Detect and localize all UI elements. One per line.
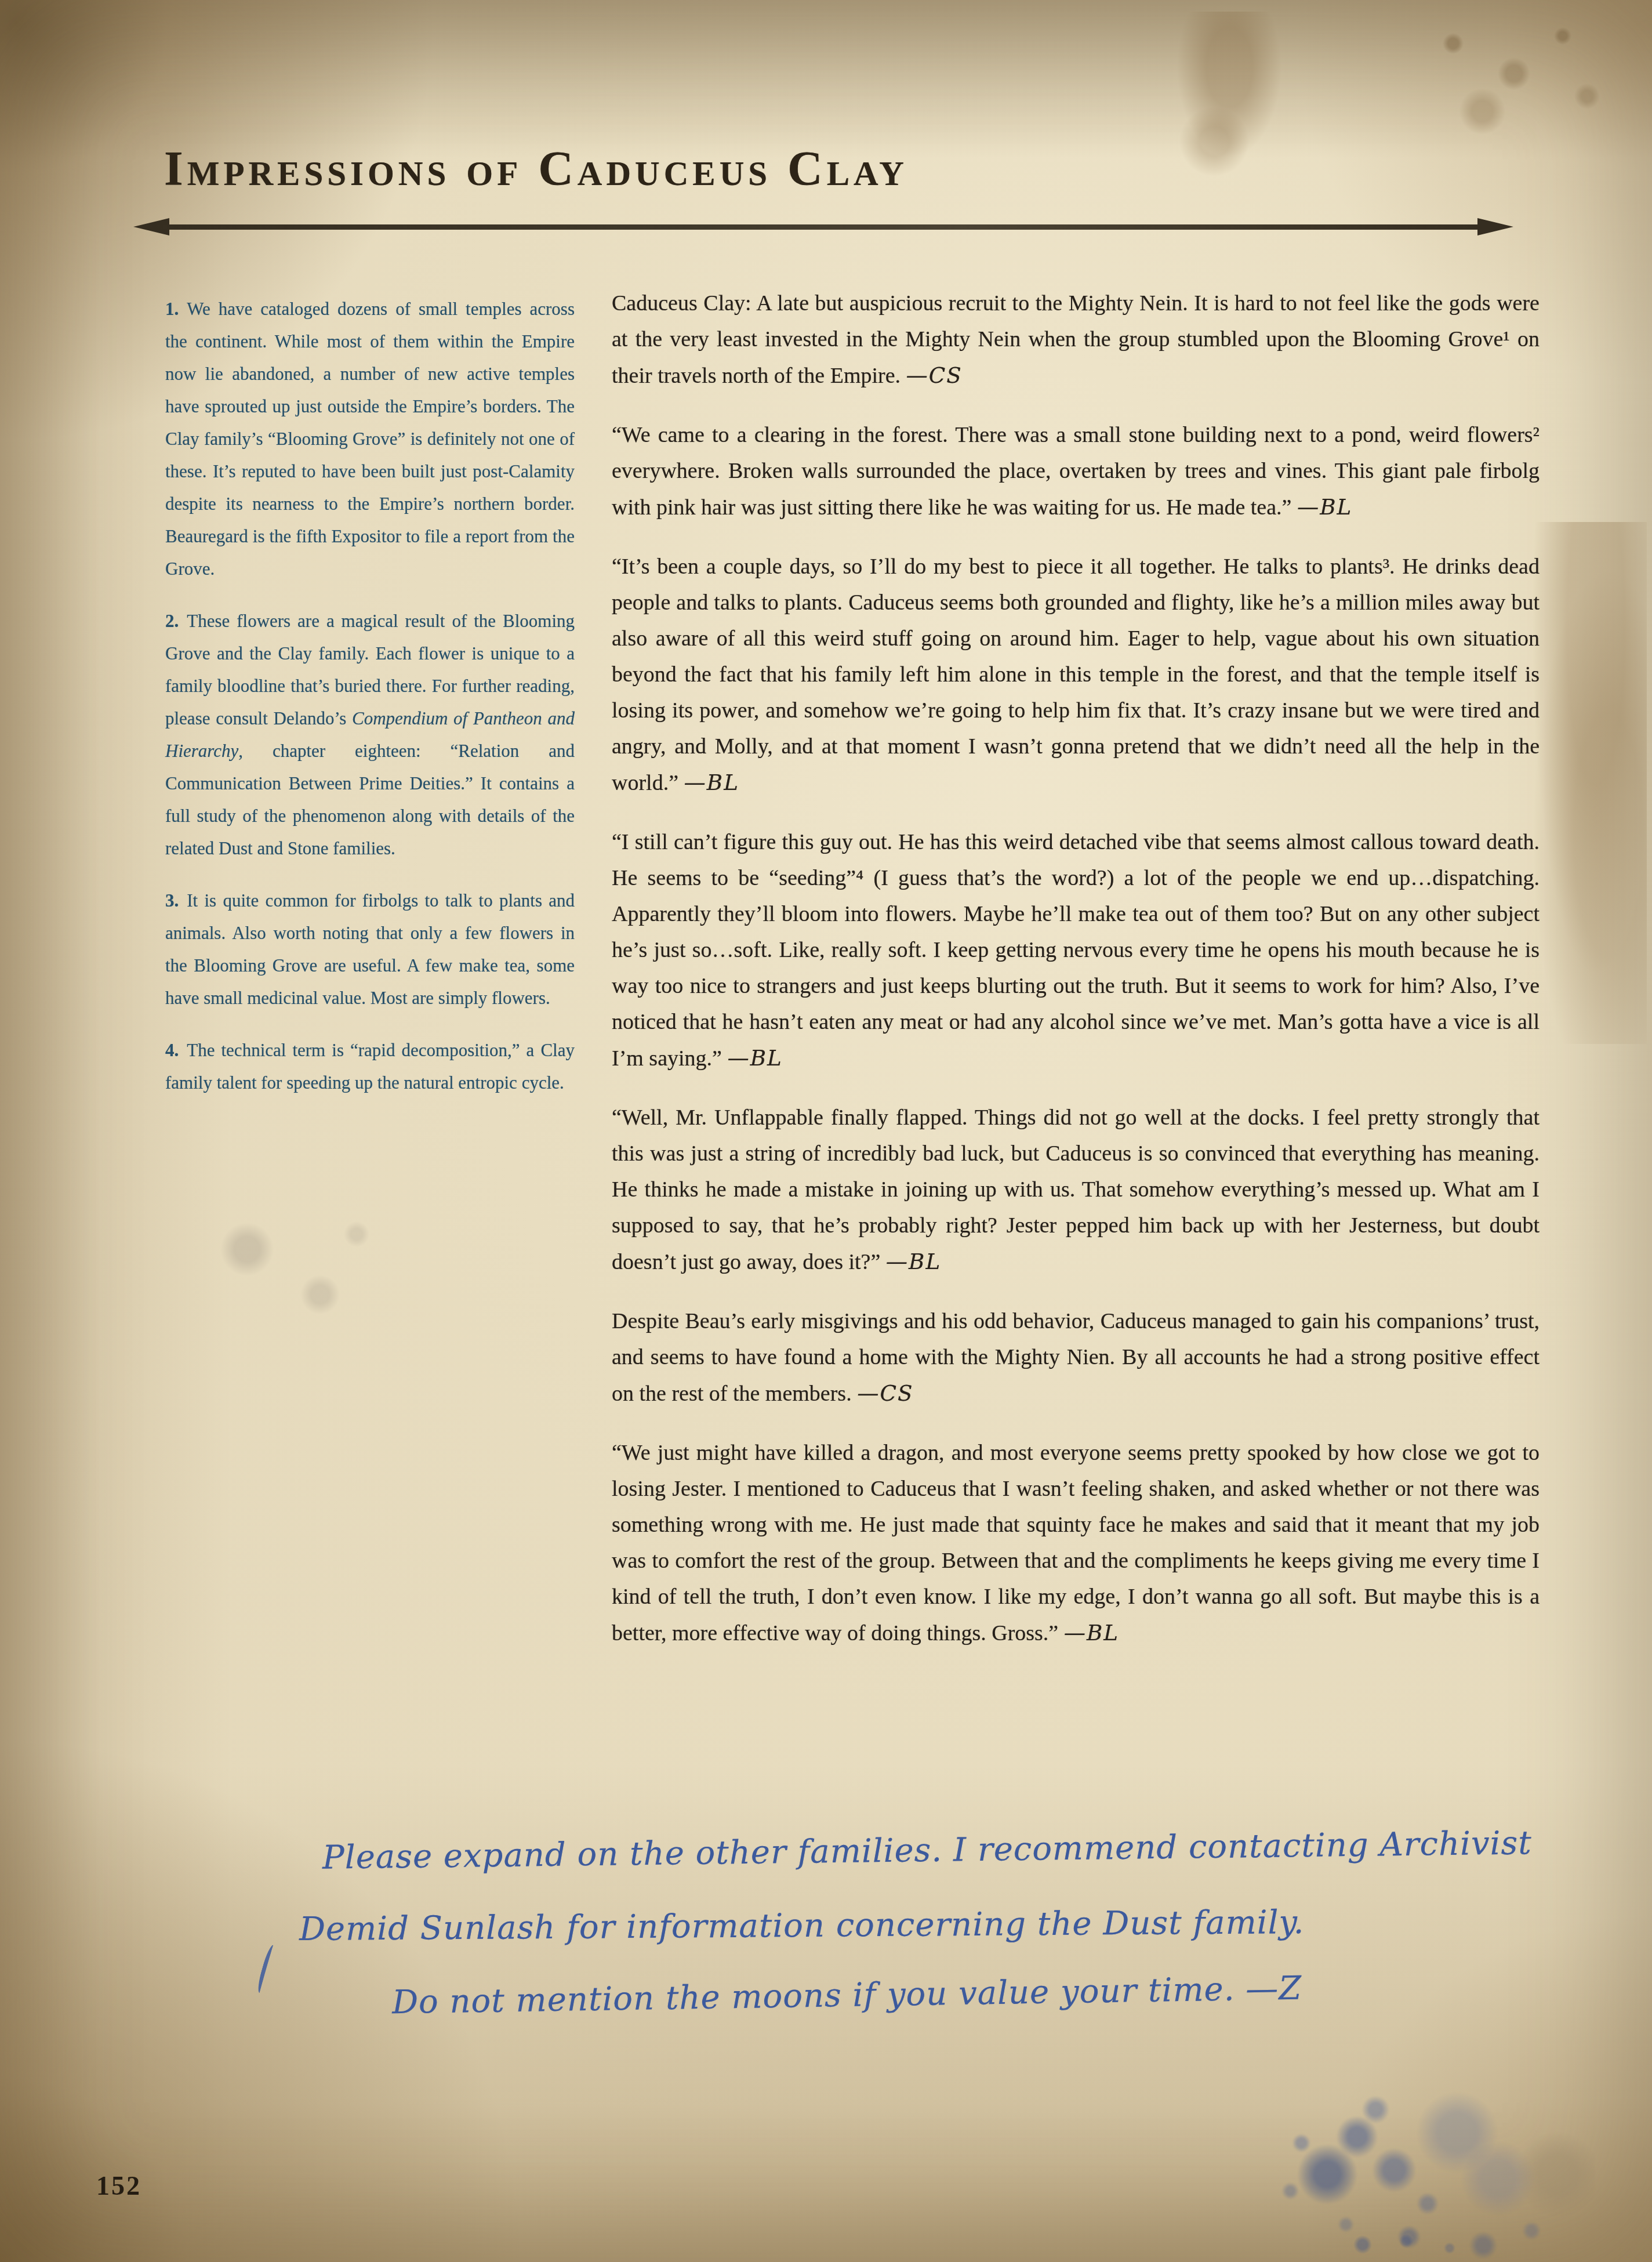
- footnote-4: 4.The technical term is “rapid decomposi…: [165, 1034, 575, 1099]
- paragraph-quote-5: “We just might have killed a dragon, and…: [612, 1435, 1540, 1651]
- page-title: Impressions of Caduceus Clay: [164, 141, 908, 197]
- main-text-column: Caduceus Clay: A late but auspicious rec…: [612, 285, 1540, 1674]
- footnote-1-text: We have cataloged dozens of small temple…: [165, 299, 575, 579]
- footnote-sidebar: 1.We have cataloged dozens of small temp…: [165, 293, 575, 1119]
- paragraph-quote-4: “Well, Mr. Unflappable finally flapped. …: [612, 1100, 1540, 1280]
- signature-bl: —BL: [1064, 1620, 1119, 1645]
- paragraph-quote-3: “I still can’t figure this guy out. He h…: [612, 824, 1540, 1076]
- signature-bl: —BL: [727, 1045, 782, 1071]
- footnote-4-text: The technical term is “rapid decompositi…: [165, 1040, 575, 1093]
- handwritten-note-line-1: Please expand on the other families. I r…: [322, 1824, 1532, 1876]
- footnote-1-number: 1.: [165, 299, 187, 319]
- handwritten-note-line-3: Do not mention the moons if you value yo…: [392, 1970, 1302, 2022]
- paragraph-narration-text: Despite Beau’s early misgivings and his …: [612, 1309, 1540, 1406]
- signature-bl: —BL: [886, 1249, 941, 1274]
- paragraph-quote-2: “It’s been a couple days, so I’ll do my …: [612, 549, 1540, 801]
- handwritten-tick-mark: [255, 1944, 277, 1995]
- book-page: Impressions of Caduceus Clay 1.We have c…: [0, 0, 1652, 2262]
- blue-ink-splatter: [1223, 2053, 1595, 2262]
- paragraph-quote-1-text: “We came to a clearing in the forest. Th…: [612, 423, 1540, 520]
- stain-title-right: [1154, 12, 1305, 197]
- stain-top-right: [1380, 6, 1624, 157]
- footnote-1: 1.We have cataloged dozens of small temp…: [165, 293, 575, 585]
- paragraph-quote-3-text: “I still can’t figure this guy out. He h…: [612, 830, 1540, 1071]
- title-divider-arrow: [133, 218, 1513, 235]
- footnote-2-number: 2.: [165, 611, 187, 631]
- paragraph-intro: Caduceus Clay: A late but auspicious rec…: [612, 285, 1540, 394]
- paragraph-narration: Despite Beau’s early misgivings and his …: [612, 1303, 1540, 1412]
- blue-ink-dots: [1328, 2227, 1502, 2262]
- arrowhead-right-icon: [1477, 218, 1513, 235]
- footnote-2: 2.These flowers are a magical result of …: [165, 605, 575, 865]
- paragraph-intro-text: Caduceus Clay: A late but auspicious rec…: [612, 291, 1540, 388]
- handwritten-note-line-2: Demid Sunlash for information concerning…: [299, 1904, 1305, 1948]
- paragraph-quote-5-text: “We just might have killed a dragon, and…: [612, 1441, 1540, 1645]
- paragraph-quote-4-text: “Well, Mr. Unflappable finally flapped. …: [612, 1105, 1540, 1274]
- arrow-shaft: [150, 224, 1497, 230]
- footnote-3-number: 3.: [165, 890, 187, 911]
- signature-cs: —CS: [857, 1380, 913, 1406]
- signature-cs: —CS: [906, 362, 963, 388]
- page-number: 152: [96, 2170, 141, 2201]
- footnote-4-number: 4.: [165, 1040, 187, 1060]
- footnote-3: 3.It is quite common for firbolgs to tal…: [165, 884, 575, 1014]
- paragraph-quote-1: “We came to a clearing in the forest. Th…: [612, 417, 1540, 525]
- paragraph-quote-2-text: “It’s been a couple days, so I’ll do my …: [612, 554, 1540, 795]
- footnote-3-text: It is quite common for firbolgs to talk …: [165, 890, 575, 1008]
- stain-left: [174, 1189, 417, 1340]
- signature-bl: —BL: [684, 770, 739, 795]
- signature-bl: —BL: [1297, 494, 1352, 520]
